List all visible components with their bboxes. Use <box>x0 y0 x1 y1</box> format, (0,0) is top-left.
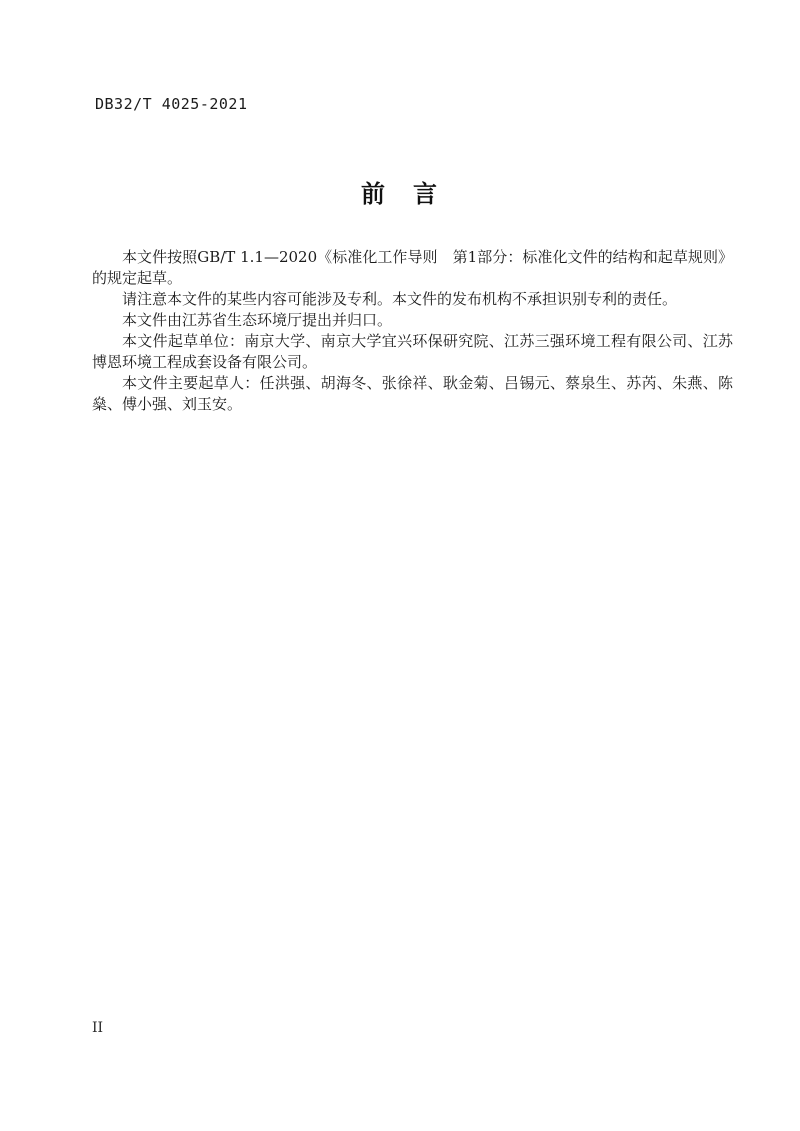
page-title: 前 言 <box>0 174 800 209</box>
paragraph-drafters: 本文件主要起草人：任洪强、胡海冬、张徐祥、耿金菊、吕锡元、蔡泉生、苏芮、朱燕、陈… <box>92 373 733 415</box>
document-number: DB32/T 4025-2021 <box>95 95 248 113</box>
page-number: II <box>92 1020 103 1036</box>
paragraph-issuing-authority: 本文件由江苏省生态环境厅提出并归口。 <box>92 310 733 331</box>
paragraph-patent-notice: 请注意本文件的某些内容可能涉及专利。本文件的发布机构不承担识别专利的责任。 <box>92 289 733 310</box>
foreword-body: 本文件按照GB/T 1.1—2020《标准化工作导则 第1部分：标准化文件的结构… <box>92 247 733 415</box>
paragraph-drafting-units: 本文件起草单位：南京大学、南京大学宜兴环保研究院、江苏三强环境工程有限公司、江苏… <box>92 331 733 373</box>
document-page: DB32/T 4025-2021 前 言 本文件按照GB/T 1.1—2020《… <box>0 0 800 1131</box>
paragraph-drafting-rules: 本文件按照GB/T 1.1—2020《标准化工作导则 第1部分：标准化文件的结构… <box>92 247 733 289</box>
